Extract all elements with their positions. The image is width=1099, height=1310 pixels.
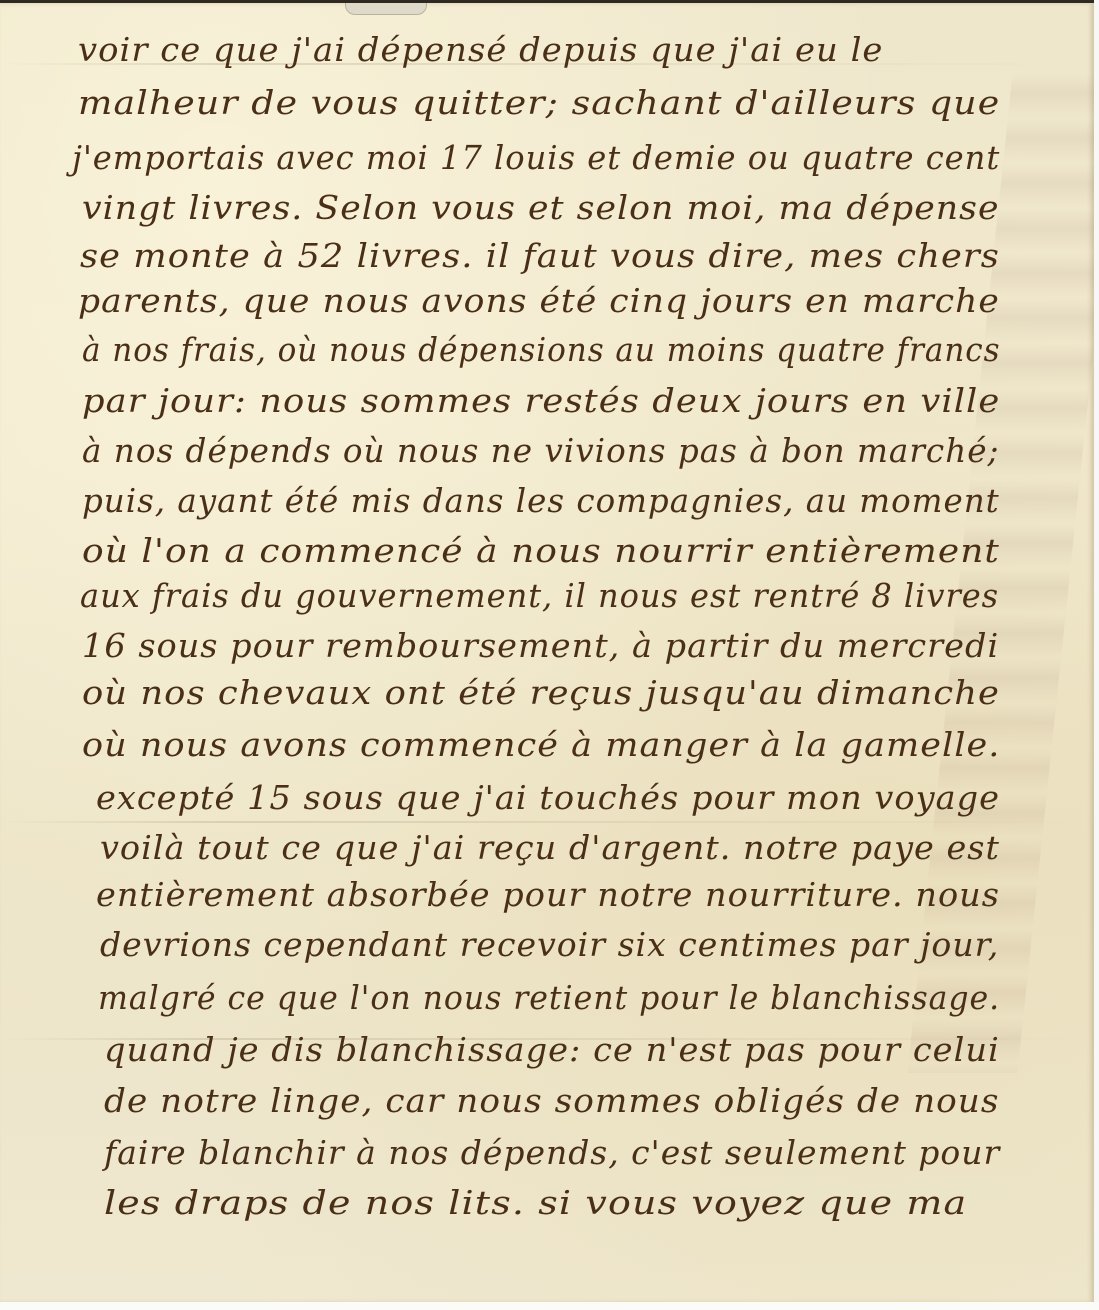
letter-line: voir ce que j'ai dépensé depuis que j'ai… [78,30,1000,69]
letter-line: à nos frais, où nous dépensions au moins… [82,330,1001,369]
letter-line: se monte à 52 livres. il faut vous dire,… [80,236,1000,275]
letter-line: j'emportais avec moi 17 louis et demie o… [72,138,1000,177]
letter-line: où nos chevaux ont été reçus jusqu'au di… [82,673,1000,712]
letter-line: puis, ayant été mis dans les compagnies,… [82,481,1000,520]
wax-seal-remnant [345,3,427,15]
page-right-margin [1094,0,1099,1310]
letter-line: quand je dis blanchissage: ce n'est pas … [104,1030,1000,1069]
letter-line: excepté 15 sous que j'ai touchés pour mo… [96,778,1000,817]
page-top-edge [0,0,1099,3]
letter-line: où nous avons commencé à manger à la gam… [82,725,1000,764]
letter-line: faire blanchir à nos dépends, c'est seul… [104,1133,1000,1172]
letter-line: malgré ce que l'on nous retient pour le … [98,978,1000,1017]
letter-line: par jour: nous sommes restés deux jours … [82,381,1000,420]
letter-line: où l'on a commencé à nous nourrir entièr… [82,531,1000,570]
letter-line: les draps de nos lits. si vous voyez que… [104,1183,967,1222]
letter-line: vingt livres. Selon vous et selon moi, m… [82,188,1000,227]
letter-line: 16 sous pour remboursement, à partir du … [82,626,999,665]
letter-line: de notre linge, car nous sommes obligés … [104,1081,999,1120]
letter-page: voir ce que j'ai dépensé depuis que j'ai… [0,3,1094,1303]
letter-line: entièrement absorbée pour notre nourritu… [96,875,1000,914]
letter-line: devrions cependant recevoir six centimes… [100,925,999,964]
letter-line: aux frais du gouvernement, il nous est r… [80,576,999,615]
page-bottom-margin [0,1302,1099,1310]
letter-line: parents, que nous avons été cinq jours e… [78,281,1000,320]
fold-crease [0,821,1094,823]
letter-line: à nos dépends où nous ne vivions pas à b… [82,431,999,470]
letter-line: voilà tout ce que j'ai reçu d'argent. no… [100,828,1000,867]
letter-line: malheur de vous quitter; sachant d'aille… [78,83,1000,122]
